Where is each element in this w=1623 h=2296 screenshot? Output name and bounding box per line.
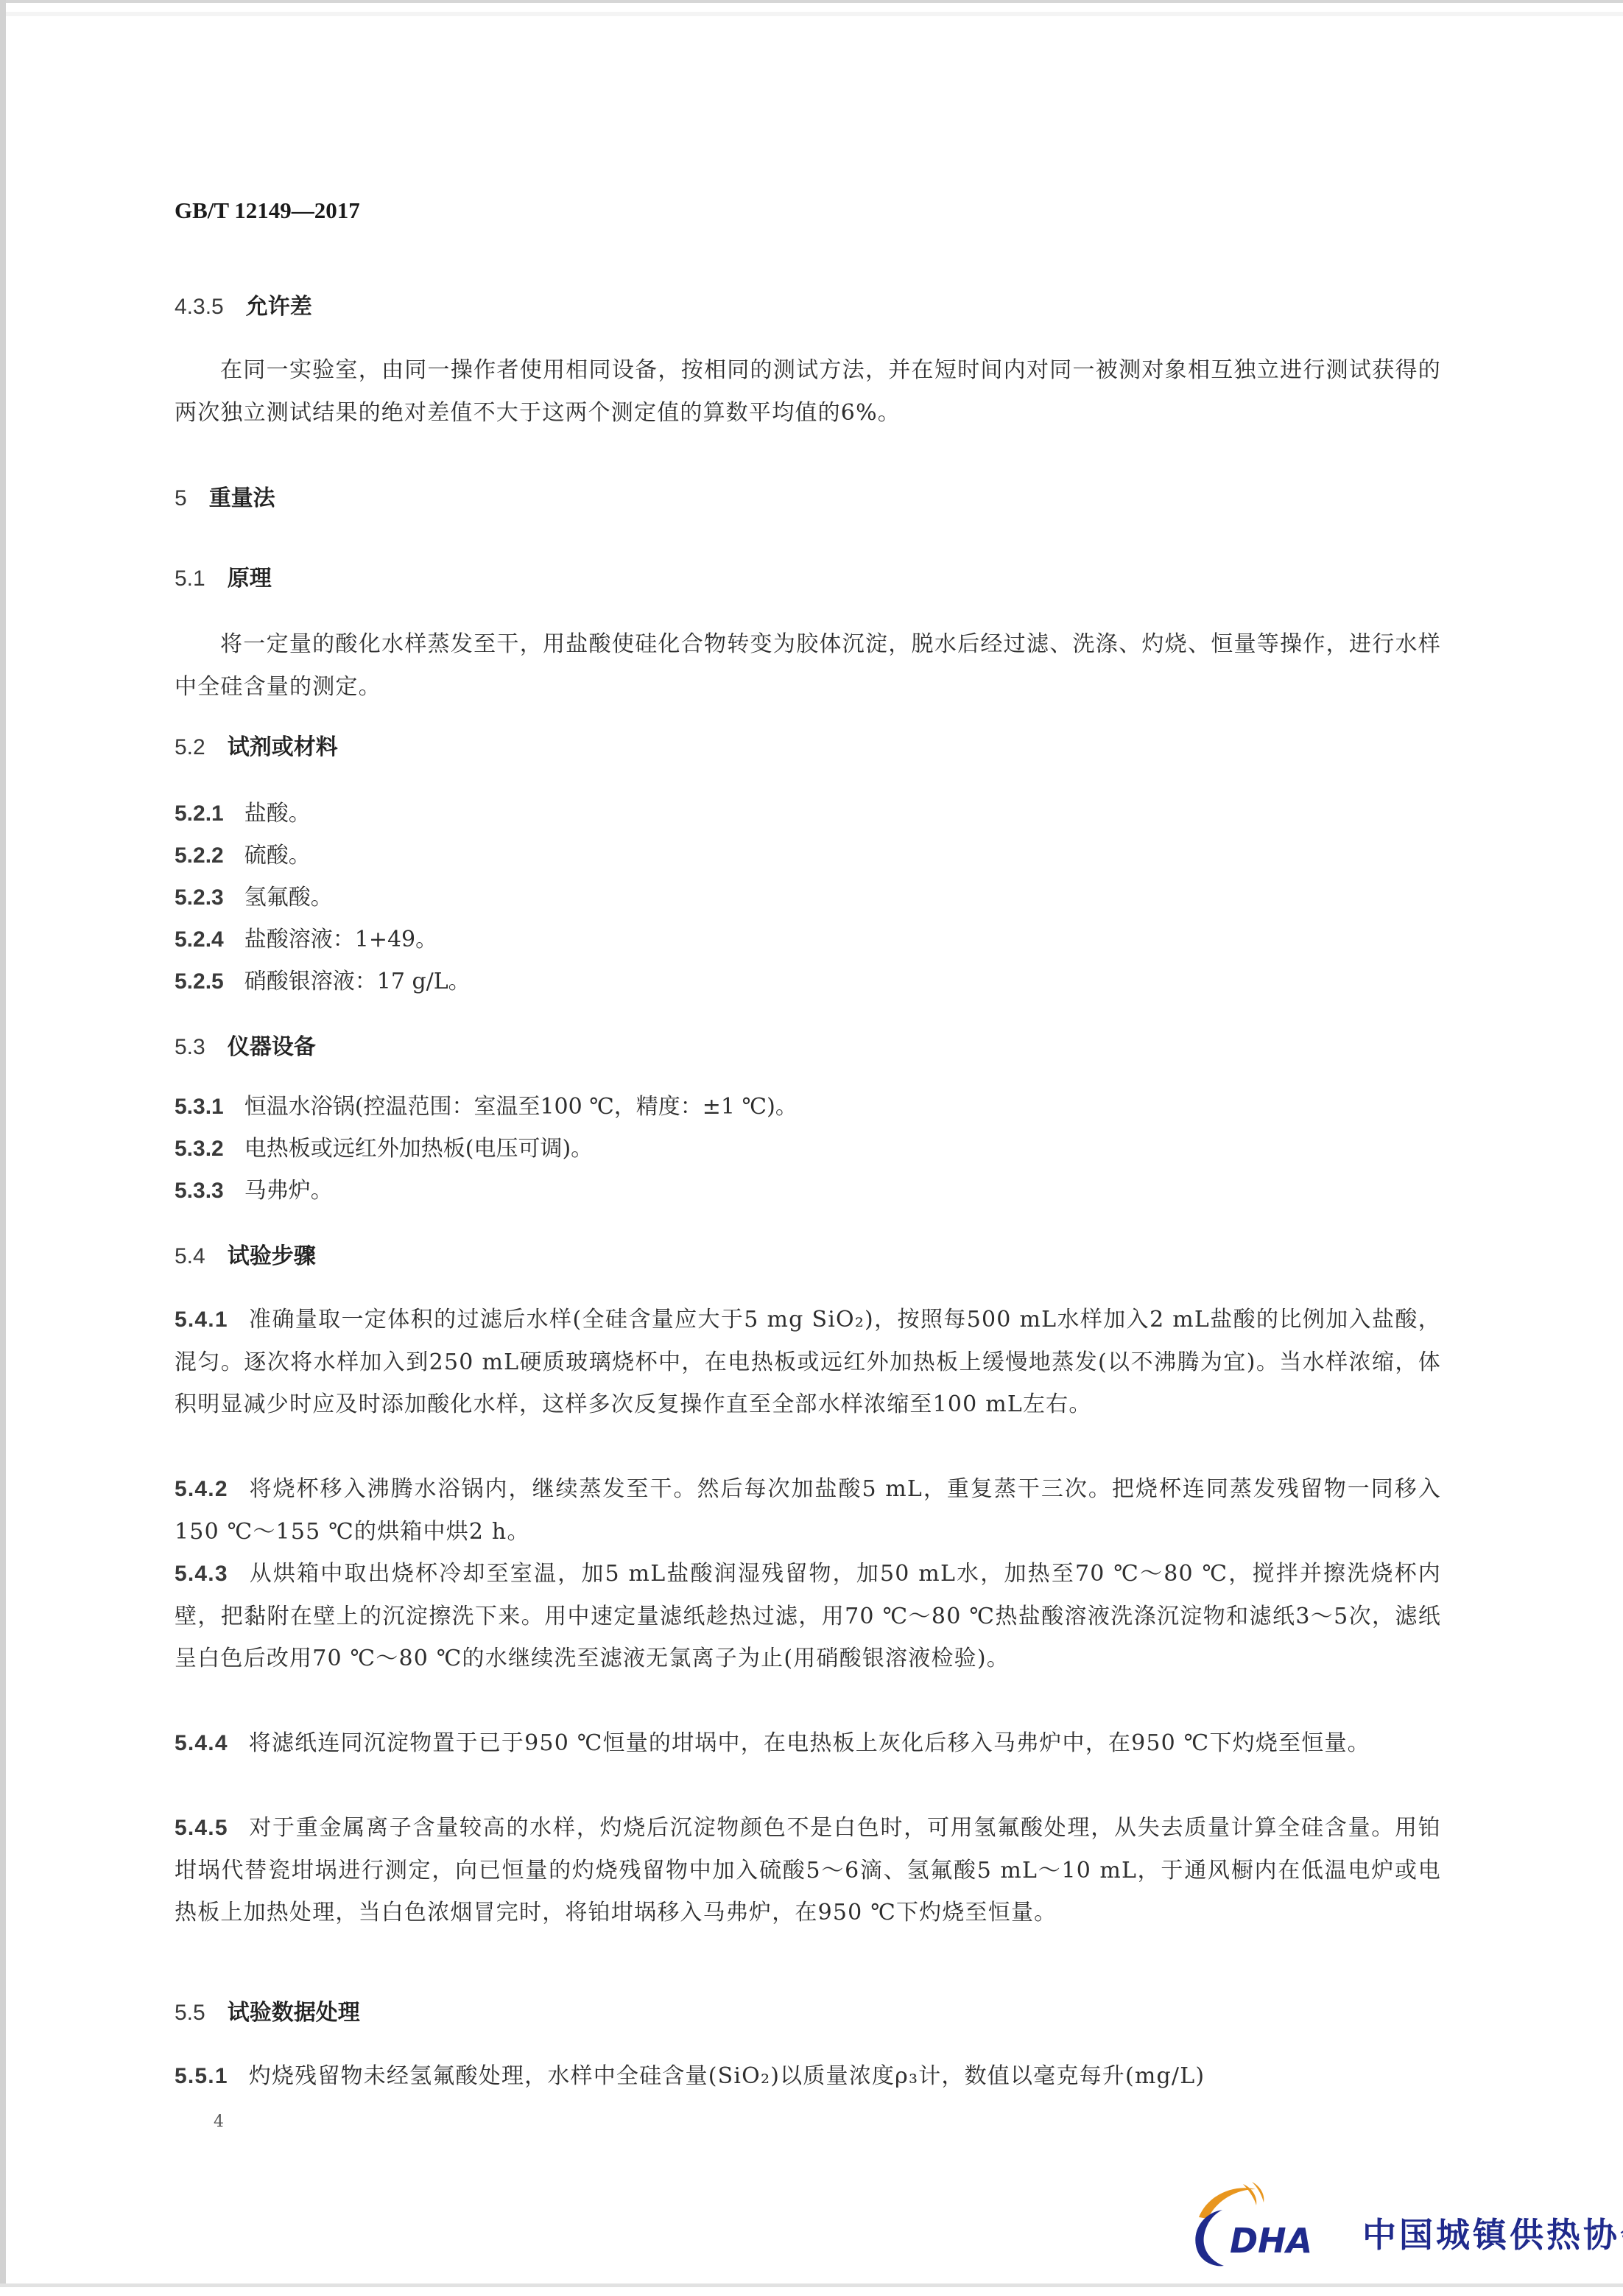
item-number: 5.2.3 [175,883,224,913]
paragraph-5-1: 将一定量的酸化水样蒸发至干，用盐酸使硅化合物转变为胶体沉淀，脱水后经过滤、洗涤、… [175,623,1441,708]
item-text: 将滤纸连同沉淀物置于已于950 ℃恒量的坩埚中，在电热板上灰化后移入马弗炉中，在… [249,1730,1370,1756]
section-number: 4.3.5 [175,292,224,322]
item-text: 从烘箱中取出烧杯冷却至室温，加5 mL盐酸润湿残留物，加50 mL水，加热至70… [175,1561,1441,1671]
item-text: 准确量取一定体积的过滤后水样(全硅含量应大于5 mg SiO₂)，按照每500 … [175,1307,1441,1417]
section-heading-5-4: 5.4试验步骤 [175,1242,316,1271]
list-item-5-3-3: 5.3.3马弗炉。 [175,1176,333,1206]
item-number: 5.4.4 [175,1722,228,1765]
section-title: 试剂或材料 [228,734,338,760]
standard-code-header: GB/T 12149—2017 [175,197,360,224]
publisher-name: 中国城镇供热协会 [1362,2208,1623,2257]
page-number: 4 [214,2113,224,2131]
logo-mark-text: DHA [1230,2221,1312,2261]
item-number: 5.2.5 [175,967,224,997]
list-item-5-2-1: 5.2.1盐酸。 [175,799,311,829]
item-number: 5.2.2 [175,841,224,871]
item-text: 对于重金属离子含量较高的水样，灼烧后沉淀物颜色不是白色时，可用氢氟酸处理，从失去… [175,1815,1441,1925]
section-title: 原理 [228,566,272,591]
item-text: 氢氟酸。 [244,885,333,910]
item-number: 5.3.3 [175,1176,224,1206]
section-title: 允许差 [246,294,312,320]
section-number: 5.5 [175,1998,205,2028]
item-number: 5.2.1 [175,799,224,829]
item-text: 马弗炉。 [244,1178,333,1204]
dha-logo-icon: DHA [1178,2180,1355,2269]
section-number: 5 [175,484,187,513]
list-item-5-3-2: 5.3.2电热板或远红外加热板(电压可调)。 [175,1134,593,1164]
paragraph-5-4-1: 5.4.1准确量取一定体积的过滤后水样(全硅含量应大于5 mg SiO₂)，按照… [175,1299,1441,1426]
section-title: 仪器设备 [228,1034,316,1060]
document-page: GB/T 12149—2017 4.3.5允许差 在同一实验室，由同一操作者使用… [0,0,1623,2296]
item-number: 5.4.5 [175,1807,228,1850]
item-text: 将烧杯移入沸腾水浴锅内，继续蒸发至干。然后每次加盐酸5 mL，重复蒸干三次。把烧… [175,1476,1441,1545]
item-number: 5.5.1 [175,2055,228,2098]
section-number: 5.2 [175,733,205,762]
list-item-5-3-1: 5.3.1恒温水浴锅(控温范围：室温至100 ℃，精度：±1 ℃)。 [175,1092,798,1122]
section-title: 试验数据处理 [228,2000,360,2026]
list-item-5-2-2: 5.2.2硫酸。 [175,841,311,871]
paragraph-4-3-5: 在同一实验室，由同一操作者使用相同设备，按相同的测试方法，并在短时间内对同一被测… [175,349,1441,434]
item-number: 5.4.1 [175,1299,228,1341]
item-number: 5.3.2 [175,1134,224,1164]
item-number: 5.4.3 [175,1553,228,1595]
item-text: 灼烧残留物未经氢氟酸处理，水样中全硅含量(SiO₂)以质量浓度ρ₃计，数值以毫克… [249,2063,1205,2089]
section-heading-5-1: 5.1原理 [175,564,272,594]
paragraph-5-4-4: 5.4.4将滤纸连同沉淀物置于已于950 ℃恒量的坩埚中，在电热板上灰化后移入马… [175,1722,1441,1765]
section-heading-5-3: 5.3仪器设备 [175,1033,316,1062]
list-item-5-2-3: 5.2.3氢氟酸。 [175,883,333,913]
section-heading-4-3-5: 4.3.5允许差 [175,292,312,322]
item-number: 5.4.2 [175,1468,228,1511]
section-number: 5.3 [175,1033,205,1062]
item-text: 电热板或远红外加热板(电压可调)。 [244,1136,593,1162]
item-number: 5.2.4 [175,925,224,955]
item-text: 硝酸银溶液：17 g/L。 [244,969,471,994]
section-number: 5.1 [175,564,205,594]
item-text: 硫酸。 [244,843,311,868]
paragraph-5-4-5: 5.4.5对于重金属离子含量较高的水样，灼烧后沉淀物颜色不是白色时，可用氢氟酸处… [175,1807,1441,1934]
item-text: 恒温水浴锅(控温范围：室温至100 ℃，精度：±1 ℃)。 [244,1094,798,1120]
item-text: 盐酸溶液：1+49。 [244,927,437,952]
item-text: 盐酸。 [244,801,311,826]
item-number: 5.3.1 [175,1092,224,1122]
list-item-5-2-5: 5.2.5硝酸银溶液：17 g/L。 [175,967,471,997]
paragraph-5-5-1: 5.5.1灼烧残留物未经氢氟酸处理，水样中全硅含量(SiO₂)以质量浓度ρ₃计，… [175,2055,1441,2098]
paragraph-5-4-2: 5.4.2将烧杯移入沸腾水浴锅内，继续蒸发至干。然后每次加盐酸5 mL，重复蒸干… [175,1468,1441,1553]
section-title: 试验步骤 [228,1243,316,1269]
section-number: 5.4 [175,1242,205,1271]
list-item-5-2-4: 5.2.4盐酸溶液：1+49。 [175,925,437,955]
section-heading-5-2: 5.2试剂或材料 [175,733,338,762]
section-heading-5-5: 5.5试验数据处理 [175,1998,360,2028]
section-heading-5: 5重量法 [175,484,275,513]
publisher-logo: DHA 中国城镇供热协会 [1178,2180,1620,2269]
paragraph-5-4-3: 5.4.3从烘箱中取出烧杯冷却至室温，加5 mL盐酸润湿残留物，加50 mL水，… [175,1553,1441,1680]
section-title: 重量法 [209,485,275,511]
